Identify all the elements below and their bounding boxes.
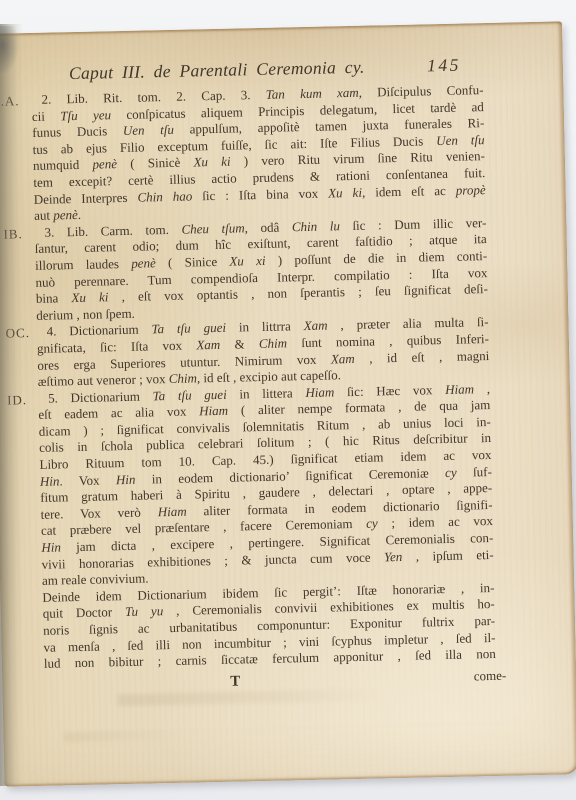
paragraphs-container: .A.2. Lib. Rit. tom. 2. Cap. 3. Tan kum … [31, 82, 496, 673]
text-segment: funus Ducis [32, 123, 123, 140]
text-segment: cii [32, 108, 61, 124]
italic-term: Ta tſu guei [152, 386, 226, 403]
chapter-title: Caput III. de Parentali Ceremonia cy. [69, 56, 365, 84]
italic-term: Chin hao [137, 188, 192, 204]
italic-term: Ta tſu guei [151, 320, 226, 337]
text-segment: , id eſt , magni [355, 348, 490, 366]
text-segment: illorum laudes [35, 256, 131, 273]
italic-term: penè [92, 156, 117, 172]
italic-term: Yen [384, 549, 403, 564]
text-segment: , idem eſt ac [362, 182, 456, 199]
text-segment: derium , non ſpem. [36, 305, 135, 322]
italic-term: Xu ki [71, 289, 108, 305]
text-segment: ſic: Hæc vox [334, 382, 445, 399]
text-segment: & [220, 336, 259, 352]
text-segment: aut [34, 208, 53, 223]
paragraph: ID.5. Dictionarium Ta tſu guei in litter… [38, 381, 494, 590]
italic-term: Uen tſu [436, 132, 485, 148]
text-segment: eſt eadem ac alia vox [38, 404, 199, 423]
catchword: come- [474, 668, 507, 685]
text-segment: ſic : Dum illic ver- [340, 215, 487, 233]
italic-term: cy [366, 516, 378, 531]
italic-term: Hiam [158, 504, 187, 520]
text-segment: bina [36, 290, 72, 306]
italic-term: propè [456, 182, 486, 198]
text-segment: . Vox [59, 472, 116, 488]
book-page-scan: Caput III. de Parentali Ceremonia cy. 14… [0, 21, 576, 786]
corner-smudge [0, 26, 19, 74]
italic-term: Xu xi [229, 253, 265, 269]
italic-term: Hin [40, 473, 60, 488]
italic-term: Chim [259, 335, 287, 351]
italic-term: Cheu tſum [181, 220, 244, 236]
text-segment: , [474, 381, 490, 396]
paragraph: Deinde idem Dictionarium ibidem ſic perg… [42, 580, 496, 673]
text-segment: gnificata, ſic: Iſta vox [37, 337, 197, 355]
italic-term: Chin lu [292, 218, 340, 234]
ink-bleedthrough [63, 730, 183, 743]
text-segment: ſic : Iſta bina vox [192, 185, 328, 203]
italic-term: Xam [304, 318, 328, 334]
italic-term: Xam [331, 350, 355, 366]
text-segment: 5. Dictionarium [48, 388, 153, 405]
text-segment: æſtimo aut veneror ; vox [38, 371, 169, 389]
binding-gutter-shadow [0, 24, 23, 786]
italic-term: Tu yu [125, 604, 164, 620]
text-segment: in littera [227, 385, 306, 402]
italic-term: Hiam [305, 384, 334, 400]
italic-term: Chim [169, 371, 197, 387]
italic-term: Hin [41, 539, 61, 554]
italic-term: Xu ki [193, 154, 230, 170]
italic-term: penè [53, 207, 78, 223]
italic-term: Uen tſu [123, 122, 174, 138]
text-segment: , præter alia multa ſi- [327, 314, 488, 333]
italic-term: Hiam [199, 403, 228, 419]
text-segment: , id eſt , excipio aut capeſſo. [197, 367, 341, 385]
text-segment: numquid [33, 157, 93, 173]
text-segment: in littrra [226, 318, 304, 335]
paragraph: IB.3. Lib. Carm. tom. Cheu tſum, odâ Chi… [34, 215, 488, 324]
italic-term: cy [445, 464, 457, 479]
text-segment: ( Sinice [156, 254, 230, 271]
text-segment: quit Doctor [43, 604, 126, 621]
text-segment: . [78, 207, 82, 222]
page-number: 145 [427, 54, 461, 77]
italic-term: Hiam [445, 381, 474, 397]
italic-term: Tan kum xam [266, 85, 359, 102]
italic-term: Hin [116, 471, 136, 486]
italic-term: Tſu yeu [60, 107, 111, 123]
paragraph: .A.2. Lib. Rit. tom. 2. Cap. 3. Tan kum … [31, 82, 486, 225]
text-segment: , odâ [244, 219, 292, 235]
italic-term: penè [131, 255, 156, 271]
text-body: Caput III. de Parentali Ceremonia cy. 14… [31, 53, 497, 695]
text-segment: , Diſcipulus Confu- [359, 82, 484, 100]
text-segment: Deinde Interpres [34, 189, 138, 206]
text-segment: ; idem ac vox [378, 513, 493, 531]
paragraph: OC.4. Dictionarium Ta tſu guei in littrr… [36, 314, 489, 390]
running-header: Caput III. de Parentali Ceremonia cy. 14… [31, 53, 483, 85]
text-segment: 4. Dictionarium [46, 322, 151, 339]
signature-mark: T [230, 673, 240, 690]
text-segment: 3. Lib. Carm. tom. [44, 221, 181, 239]
italic-term: Xam [196, 337, 220, 353]
text-segment: ſuf- [456, 464, 492, 480]
text-segment: am reale convivium. [42, 571, 149, 588]
italic-term: Xu ki [328, 184, 362, 200]
text-segment: , ipſum eti- [402, 547, 494, 564]
text-segment: tere. Vox verò [40, 504, 157, 522]
text-segment: ( Sinicè [117, 155, 194, 172]
